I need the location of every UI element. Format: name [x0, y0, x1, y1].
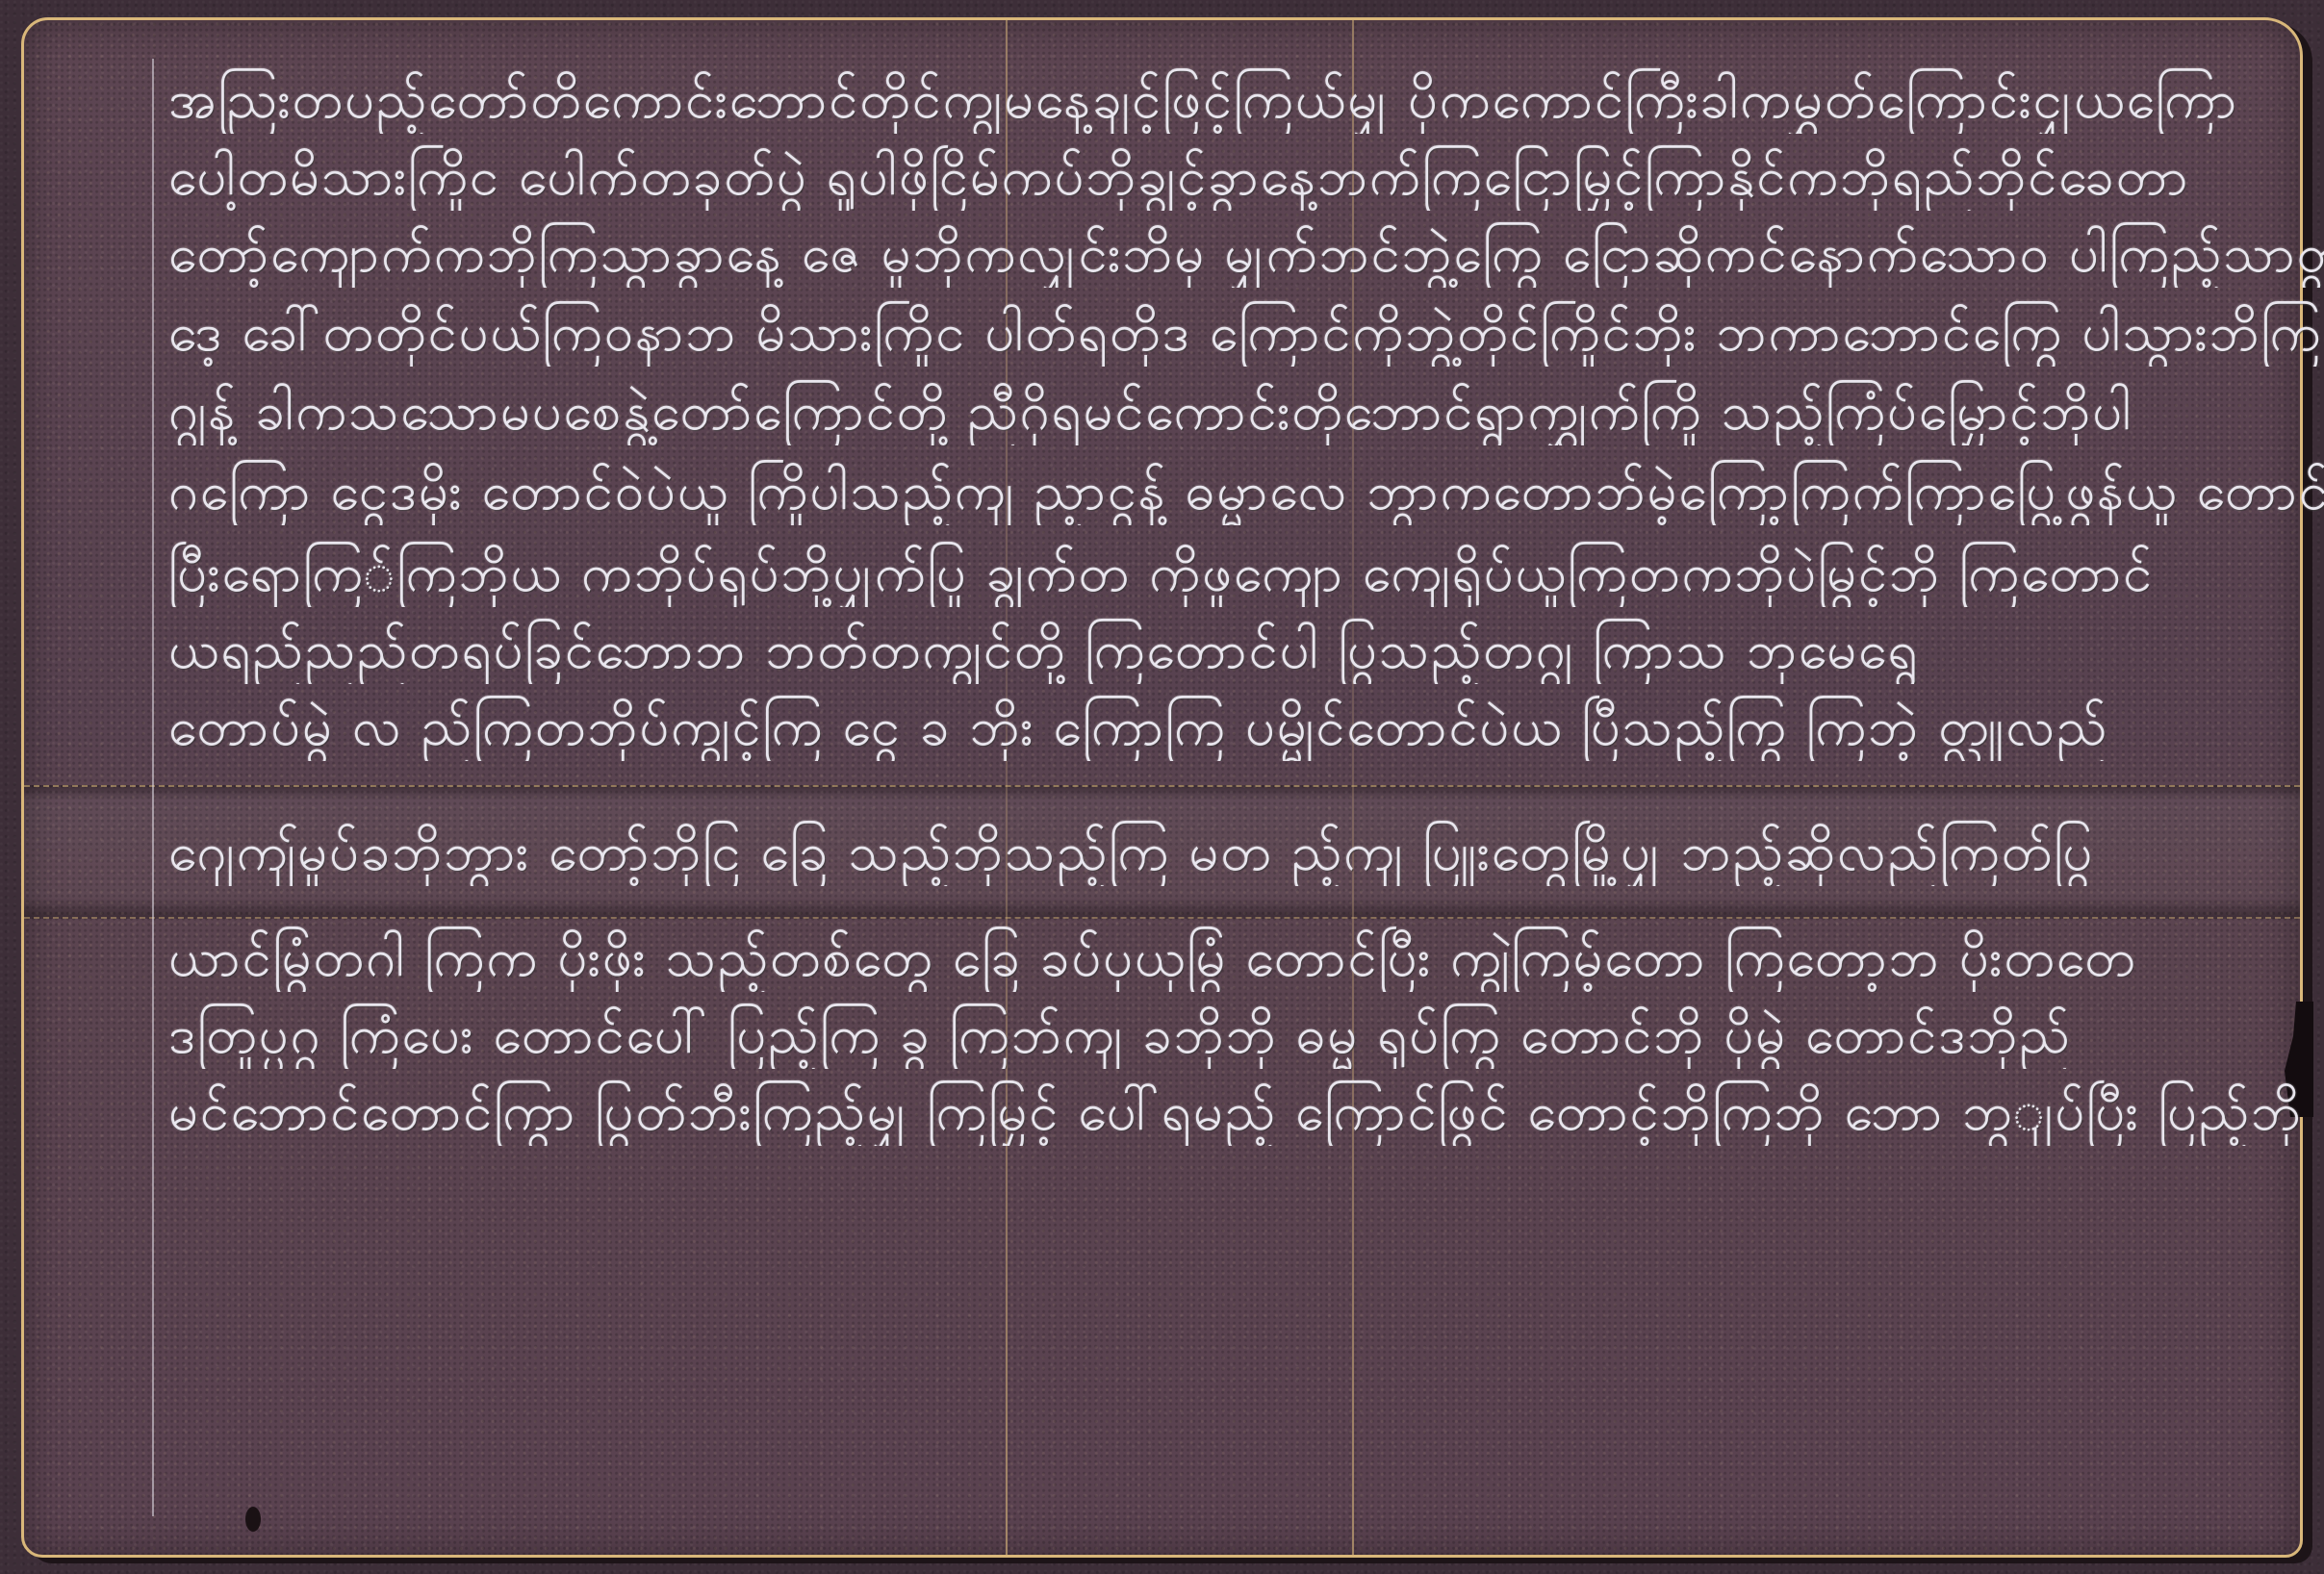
text-line: တောပ်မွဲ လ ည်ကြတဘိုပ်ကျွင့်ကြ ငွေ ခ ဘိုး… — [168, 694, 2108, 761]
text-line: ယာင်မြွံတဂါ ကြက ပိုးဖိုး သည့်တစ်တွေ ခြေ … — [168, 925, 2137, 992]
manuscript-sheet: အညြးတပည့်တော်တိ‌ကောင်းဘောင်တိုင်ကျွမနေ့ခ… — [21, 17, 2303, 1558]
text-line: မင်ဘောင်တောင်ကြွာ ပြွတ်ဘီးကြည့်မျှ ကြမြှ… — [168, 1079, 2303, 1146]
text-line: ဂကြော ငွေဒမိုး တောင်ဝဲပဲယူ ကြိုပါသည့်ကျ … — [168, 458, 2324, 525]
text-block: အညြးတပည့်တော်တိ‌ကောင်းဘောင်တိုင်ကျွမနေ့ခ… — [168, 20, 2271, 1555]
text-line: တော့်ကျောက်ကဘိုကြသွာခွာနေ့ ဇေ မှုဘိုကလျှ… — [168, 220, 2324, 288]
text-line: ပြီးရောကြ်ကြဘိုယ ကဘိုပ်ရုပ်ဘို့ပျှက်ပြု … — [168, 540, 2154, 607]
text-line: ဒေ့ ခေါ်တတိုင်ပယ်ကြဝနာဘ မိသားကြိုင ပါတ်ရ… — [168, 299, 2324, 367]
text-line: ဒတြုပ္ပဂ္ဂ ကြံပေး တောင်ပေါ် ပြည့်ကြ ခွ က… — [168, 1002, 2072, 1069]
text-line: ဂျေကျ်မှုပ်ခဘိုဘွား တော့်ဘိုငြ ခြေ သည့်ဘ… — [168, 819, 2094, 886]
text-line: ဂျွန့် ခါကသသောမပစေနွဲ့တော်ကြောင်တို့ ညီဂ… — [168, 378, 2132, 445]
text-line: ယရည်ညည်တရပ်ခြင်ဘောဘ ဘတ်တကျွင်တို့ ကြတောင… — [168, 617, 1920, 684]
text-line: ပေါ့တမိသားကြိုင ပေါက်တခုတ်ပွဲ ရှုပါဖိုငြ… — [168, 143, 2190, 211]
margin-rule — [152, 59, 154, 1516]
text-line: အညြးတပည့်တော်တိ‌ကောင်းဘောင်တိုင်ကျွမနေ့ခ… — [168, 66, 2238, 134]
